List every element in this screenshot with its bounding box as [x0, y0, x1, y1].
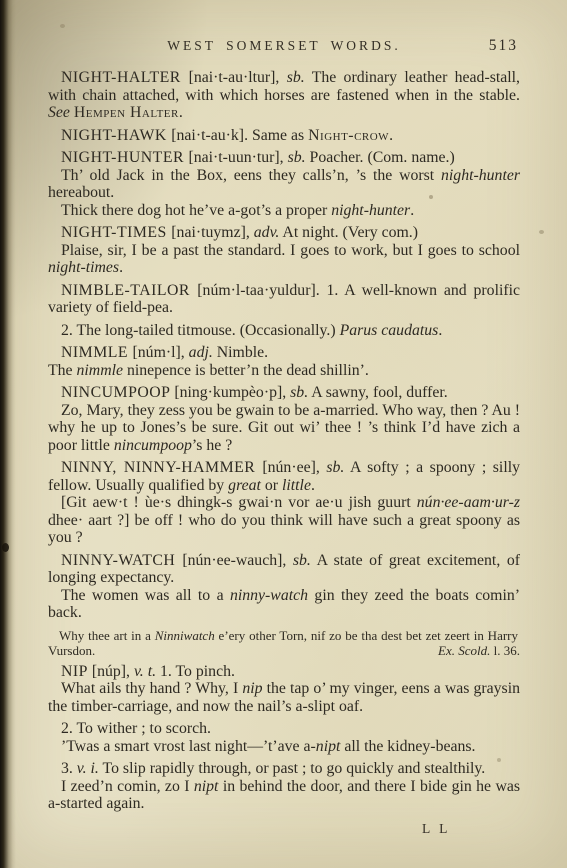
- text-run: or: [261, 477, 282, 494]
- headword: NIMBLE-TAILOR: [61, 282, 197, 299]
- text-run: Th’ old Jack in the Box, eens they calls…: [61, 167, 441, 184]
- text-run: [nai·t-au·ltur],: [189, 69, 287, 86]
- text-run: v. t.: [134, 663, 156, 680]
- text-run: .: [119, 259, 123, 276]
- page-body: NIGHT-HALTER [nai·t-au·ltur], sb. The or…: [48, 69, 520, 837]
- text-run: Thick there dog hot he’ve a-got’s a prop…: [61, 202, 331, 219]
- text-run: 3.: [61, 760, 77, 777]
- text-run: ninny-watch: [230, 587, 308, 604]
- headword: NIGHT-HAWK: [61, 127, 171, 144]
- text-run: v. i.: [77, 760, 99, 777]
- text-run: adj.: [189, 344, 213, 361]
- text-run: [ning·kumpèo·p],: [174, 384, 290, 401]
- text-run: night-hunter: [441, 167, 520, 184]
- text-run: At night. (Very com.): [279, 224, 418, 241]
- text-run: See: [48, 104, 74, 121]
- text-run: night-times: [48, 259, 119, 276]
- text-run: Hempen Halter: [74, 104, 179, 121]
- example-nip-2: ’Twas a smart vrost last night—’t’ave a-…: [48, 738, 520, 756]
- headword: NIGHT-HALTER: [61, 69, 189, 86]
- text-run: [nai·t-uun·tur],: [188, 149, 287, 166]
- sense-nimble-tailor-2: 2. The long-tailed titmouse. (Occasional…: [48, 322, 520, 340]
- text-run: Poacher. (Com. name.): [306, 149, 455, 166]
- example-nip-1: What ails thy hand ? Why, I nip the tap …: [48, 680, 520, 715]
- headword: NINNY, NINNY-HAMMER: [61, 459, 262, 476]
- text-run: little: [282, 477, 311, 494]
- text-run: 1. To pinch.: [156, 663, 235, 680]
- page-content: WEST SOMERSET WORDS. 513 NIGHT-HALTER [n…: [0, 0, 567, 837]
- text-run: [Git aew·t ! ùe·s dhingk-s gwai·n vor ae…: [61, 494, 417, 511]
- example-night-hunter-1: Th’ old Jack in the Box, eens they calls…: [48, 167, 520, 202]
- example-nimmle: The nimmle ninepence is better’n the dea…: [48, 362, 520, 380]
- text-run: nipt: [316, 738, 341, 755]
- text-run: A sawny, fool, duffer.: [308, 384, 448, 401]
- text-run: I zeed’n comin, zo I: [61, 778, 194, 795]
- entry-ninny-watch: NINNY-WATCH [nún·ee-wauch], sb. A state …: [48, 552, 520, 587]
- text-run: l. 36.: [490, 643, 520, 658]
- entry-night-halter: NIGHT-HALTER [nai·t-au·ltur], sb. The or…: [48, 69, 520, 122]
- text-run: nimmle: [77, 362, 124, 379]
- text-run: 2. To wither ; to scorch.: [61, 720, 211, 737]
- text-run: The women was all to a: [61, 587, 230, 604]
- text-run: .: [389, 127, 393, 144]
- example-nincumpoop: Zo, Mary, they zess you be gwain to be a…: [48, 402, 520, 455]
- running-title: WEST SOMERSET WORDS.: [48, 38, 520, 54]
- text-run: To slip rapidly through, or past ; to go…: [99, 760, 485, 777]
- text-run: Why thee art in a: [59, 628, 155, 643]
- text-run: [nún·ee-wauch],: [182, 552, 293, 569]
- entry-nip: NIP [núp], v. t. 1. To pinch.: [48, 663, 520, 681]
- text-run: sb.: [290, 384, 308, 401]
- text-run: nincumpoop: [114, 437, 192, 454]
- entry-ninny: NINNY, NINNY-HAMMER [nún·ee], sb. A soft…: [48, 459, 520, 494]
- text-run: ninepence is better’n the dead shillin’.: [123, 362, 369, 379]
- text-run: Parus caudatus: [340, 322, 439, 339]
- text-run: 2. The long-tailed titmouse. (Occasional…: [61, 322, 340, 339]
- sense-nip-3: 3. v. i. To slip rapidly through, or pas…: [48, 760, 520, 778]
- sense-nip-2: 2. To wither ; to scorch.: [48, 720, 520, 738]
- text-run: The: [48, 362, 77, 379]
- citation-source: Ex. Scold. l. 36.: [427, 643, 520, 658]
- text-run: sb.: [287, 69, 305, 86]
- example-ninny-watch: The women was all to a ninny-watch gin t…: [48, 587, 520, 622]
- text-run: [núm·l],: [133, 344, 189, 361]
- text-run: ’s he ?: [192, 437, 232, 454]
- text-run: nip: [242, 680, 262, 697]
- scanned-page: { "colors":{"paper":"#e4ddbf","ink":"#2e…: [0, 0, 567, 868]
- text-run: Ninniwatch: [155, 628, 215, 643]
- page-number: 513: [489, 37, 518, 55]
- text-run: great: [228, 477, 261, 494]
- text-run: .: [438, 322, 442, 339]
- text-run: sb.: [326, 459, 344, 476]
- text-run: [nai·t-au·k]. Same as: [171, 127, 308, 144]
- text-run: nún·ee-aam·ur-z: [417, 494, 520, 511]
- headword: NIP: [61, 663, 92, 680]
- text-run: .: [311, 477, 315, 494]
- text-run: Nimble.: [213, 344, 268, 361]
- text-run: L L: [422, 821, 450, 836]
- text-run: Night-crow: [308, 127, 389, 144]
- example-nip-3: I zeed’n comin, zo I nipt in behind the …: [48, 778, 520, 813]
- entry-night-times: NIGHT-TIMES [nai·tuymz], adv. At night. …: [48, 224, 520, 242]
- citation-ninniwatch: Why thee art in a Ninniwatch e’ery other…: [48, 628, 520, 658]
- text-run: sb.: [293, 552, 311, 569]
- text-run: Plaise, sir, I be a past the standard. I…: [61, 242, 520, 259]
- text-run: ’Twas a smart vrost last night—’t’ave a-: [61, 738, 316, 755]
- example-night-hunter-2: Thick there dog hot he’ve a-got’s a prop…: [48, 202, 520, 220]
- text-run: dhee· aart ?] be off ! who do you think …: [48, 512, 520, 547]
- text-run: nipt: [194, 778, 219, 795]
- text-run: [nún·ee],: [262, 459, 326, 476]
- text-run: all the kidney-beans.: [340, 738, 475, 755]
- headword: NIGHT-HUNTER: [61, 149, 188, 166]
- text-run: hereabout.: [48, 184, 114, 201]
- text-run: .: [410, 202, 414, 219]
- example-ninny: [Git aew·t ! ùe·s dhingk-s gwai·n vor ae…: [48, 494, 520, 547]
- text-run: [núp],: [92, 663, 134, 680]
- text-run: sb.: [288, 149, 306, 166]
- book-page-scan: WEST SOMERSET WORDS. 513 NIGHT-HALTER [n…: [0, 0, 567, 868]
- headword: NINCUMPOOP: [61, 384, 174, 401]
- text-run: adv.: [254, 224, 280, 241]
- entry-nimble-tailor: NIMBLE-TAILOR [núm·l-taa·yuldur]. 1. A w…: [48, 282, 520, 317]
- headword: NIMMLE: [61, 344, 133, 361]
- headword: NINNY-WATCH: [61, 552, 182, 569]
- text-run: .: [179, 104, 183, 121]
- text-run: Ex. Scold.: [438, 643, 490, 658]
- entry-nimmle: NIMMLE [núm·l], adj. Nimble.: [48, 344, 520, 362]
- text-run: [nai·tuymz],: [171, 224, 253, 241]
- text-run: night-hunter: [331, 202, 410, 219]
- headword: NIGHT-TIMES: [61, 224, 171, 241]
- text-run: What ails thy hand ? Why, I: [61, 680, 242, 697]
- example-night-times: Plaise, sir, I be a past the standard. I…: [48, 242, 520, 277]
- entry-nincumpoop: NINCUMPOOP [ning·kumpèo·p], sb. A sawny,…: [48, 384, 520, 402]
- entry-night-hunter: NIGHT-HUNTER [nai·t-uun·tur], sb. Poache…: [48, 149, 520, 167]
- entry-night-hawk: NIGHT-HAWK [nai·t-au·k]. Same as Night-c…: [48, 127, 520, 145]
- printers-signature: L L: [48, 820, 520, 838]
- page-header: WEST SOMERSET WORDS. 513: [48, 38, 520, 56]
